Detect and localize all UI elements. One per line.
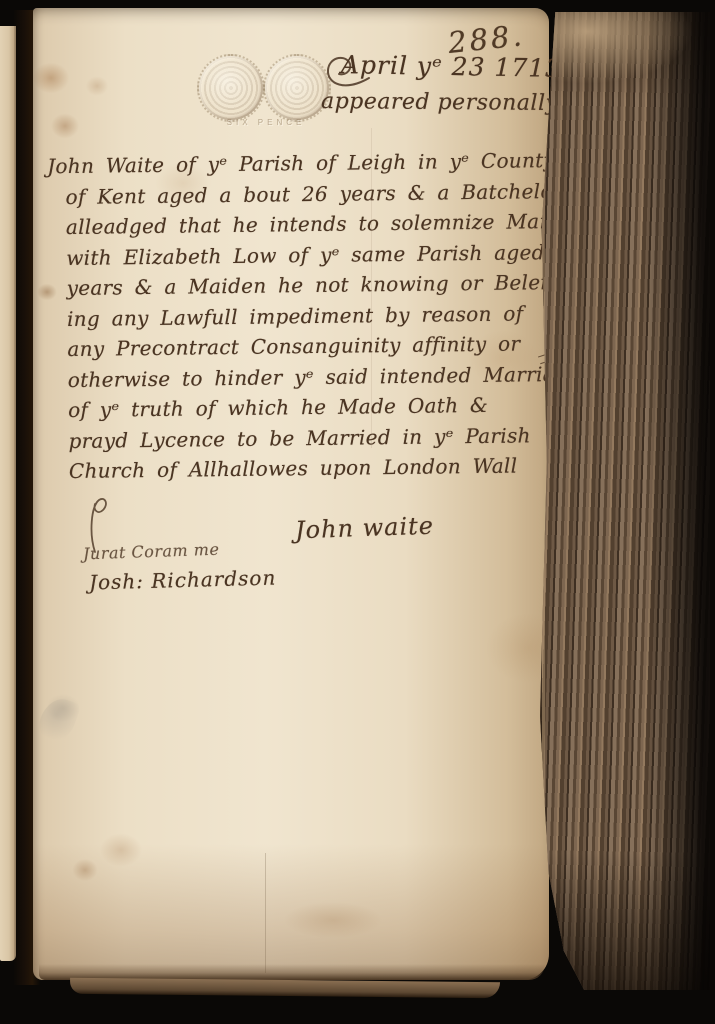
stamp-caption: SIX PENCE: [201, 118, 331, 127]
header-date: April yᵉ 23 1713: [341, 50, 563, 83]
underlying-page-edges: [70, 978, 500, 999]
body-line: otherwise to hinder yᵉ said intended Mar…: [68, 358, 570, 395]
paper-crease: [265, 853, 266, 973]
leaf-shaped-stain: [35, 694, 82, 747]
paper-crease: [371, 128, 372, 448]
header-appeared-personally: appeared personally: [321, 89, 559, 116]
signature-josh-richardson: Josh: Richardson: [89, 566, 277, 595]
body-line: Church of Allhallowes upon London Wall: [69, 450, 571, 487]
embossed-duty-stamp-icon: [197, 54, 265, 122]
manuscript-page: SIX PENCE 288. April yᵉ 23 1713 appeared…: [33, 8, 549, 980]
book-fore-edge-pages: [540, 12, 710, 990]
jurat-coram-me-note: Jurat Coram me: [83, 540, 220, 564]
allegation-body-text: John Waite of yᵉ Parish of Leigh in yᵉ C…: [55, 145, 571, 487]
signature-john-waite: John waite: [295, 512, 435, 545]
photograph-of-bound-register: SIX PENCE 288. April yᵉ 23 1713 appeared…: [0, 0, 715, 1024]
